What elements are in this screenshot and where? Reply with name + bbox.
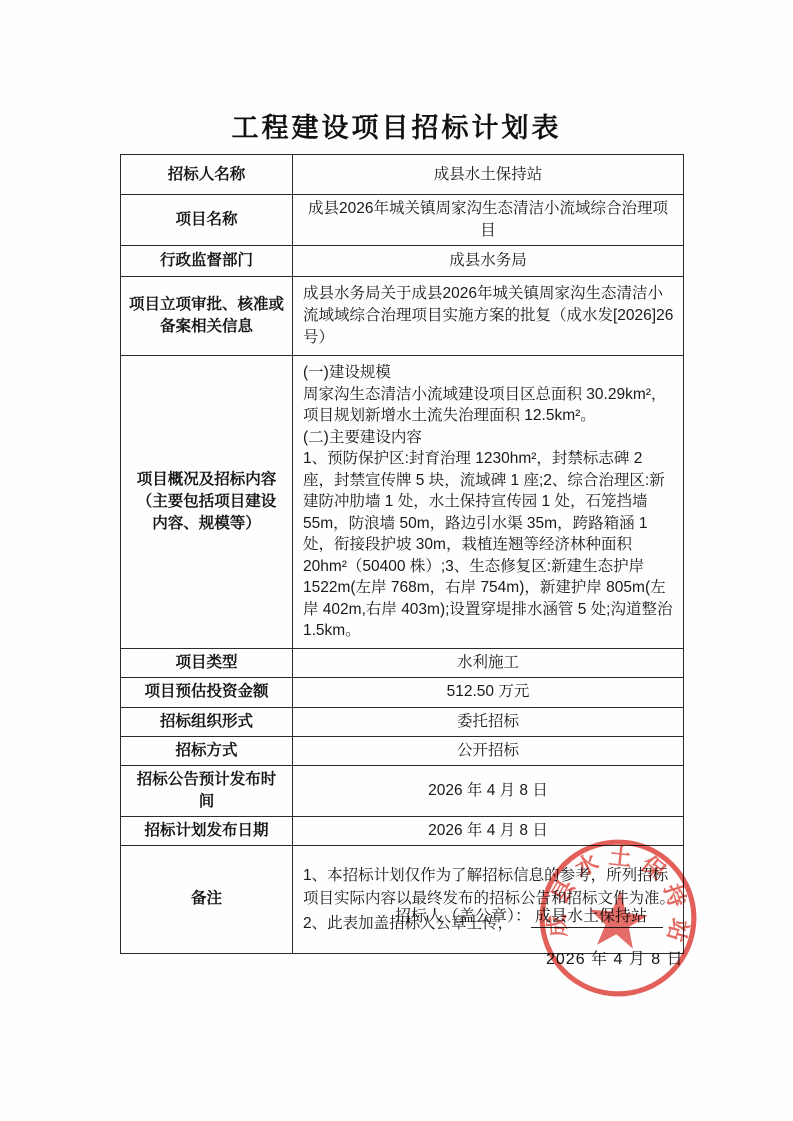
seal-code-text: 6212210004079 (563, 1002, 653, 1008)
row-label-project-type: 项目类型 (121, 648, 293, 677)
overview-heading-scale: (一)建设规模 (303, 362, 675, 384)
table-row: 备注 1、本招标计划仅作为了解招标信息的参考，所列招标项目实际内容以最终发布的招… (121, 845, 684, 953)
table-row: 招标组织形式 委托招标 (121, 707, 684, 736)
scanned-document-page: 工程建设项目招标计划表 招标人名称 成县水土保持站 项目名称 成县2026年城关… (0, 0, 793, 1121)
row-value-project-overview: (一)建设规模 周家沟生态清洁小流域建设项目区总面积 30.29km²，项目规划… (293, 356, 684, 649)
row-value-bidder-name: 成县水土保持站 (293, 155, 684, 195)
row-value-remarks: 1、本招标计划仅作为了解招标信息的参考，所列招标项目实际内容以最终发布的招标公告… (293, 845, 684, 953)
table-row: 项目类型 水利施工 (121, 648, 684, 677)
row-label-estimated-investment: 项目预估投资金额 (121, 677, 293, 707)
row-label-announcement-date: 招标公告预计发布时 间 (121, 765, 293, 816)
table-row: 项目立项审批、核准或 备案相关信息 成县水务局关于成县2026年城关镇周家沟生态… (121, 277, 684, 356)
table-row: 招标公告预计发布时 间 2026 年 4 月 8 日 (121, 765, 684, 816)
row-value-plan-release-date: 2026 年 4 月 8 日 (293, 816, 684, 845)
row-label-supervising-dept: 行政监督部门 (121, 246, 293, 277)
overview-scale-text: 周家沟生态清洁小流域建设项目区总面积 30.29km²，项目规划新增水土流失治理… (303, 384, 675, 427)
table-row: 招标人名称 成县水土保持站 (121, 155, 684, 195)
table-row: 项目预估投资金额 512.50 万元 (121, 677, 684, 707)
page-title: 工程建设项目招标计划表 (0, 106, 793, 145)
overview-content-text: 1、预防保护区:封育治理 1230hm²，封禁标志碑 2 座，封禁宣传牌 5 块… (303, 448, 675, 642)
table-row: 招标计划发布日期 2026 年 4 月 8 日 (121, 816, 684, 845)
row-label-project-name: 项目名称 (121, 195, 293, 246)
row-label-remarks: 备注 (121, 845, 293, 953)
row-label-organization-form: 招标组织形式 (121, 707, 293, 736)
signer-line: 招标人（盖公章）：成县水土保持站 (395, 903, 663, 926)
table-row: 行政监督部门 成县水务局 (121, 246, 684, 277)
table-row: 项目名称 成县2026年城关镇周家沟生态清洁小流域综合治理项目 (121, 195, 684, 246)
row-label-bidding-method: 招标方式 (121, 736, 293, 765)
row-value-bidding-method: 公开招标 (293, 736, 684, 765)
row-value-project-type: 水利施工 (293, 648, 684, 677)
bidding-plan-table: 招标人名称 成县水土保持站 项目名称 成县2026年城关镇周家沟生态清洁小流域综… (120, 154, 684, 954)
row-value-estimated-investment: 512.50 万元 (293, 677, 684, 707)
row-label-approval-info: 项目立项审批、核准或 备案相关信息 (121, 277, 293, 356)
table-row: 项目概况及招标内容 （主要包括项目建设 内容、规模等） (一)建设规模 周家沟生… (121, 356, 684, 649)
row-value-organization-form: 委托招标 (293, 707, 684, 736)
row-value-announcement-date: 2026 年 4 月 8 日 (293, 765, 684, 816)
signer-label: 招标人（盖公章）： (395, 908, 531, 925)
row-value-approval-info: 成县水务局关于成县2026年城关镇周家沟生态清洁小流域域综合治理项目实施方案的批… (293, 277, 684, 356)
row-value-supervising-dept: 成县水务局 (293, 246, 684, 277)
row-label-project-overview: 项目概况及招标内容 （主要包括项目建设 内容、规模等） (121, 356, 293, 649)
row-label-bidder-name: 招标人名称 (121, 155, 293, 195)
signer-name: 成县水土保持站 (531, 908, 663, 928)
signature-date: 2026 年 4 月 8 日 (546, 946, 684, 969)
overview-heading-content: (二)主要建设内容 (303, 427, 675, 449)
row-label-plan-release-date: 招标计划发布日期 (121, 816, 293, 845)
table-row: 招标方式 公开招标 (121, 736, 684, 765)
row-value-project-name: 成县2026年城关镇周家沟生态清洁小流域综合治理项目 (293, 195, 684, 246)
